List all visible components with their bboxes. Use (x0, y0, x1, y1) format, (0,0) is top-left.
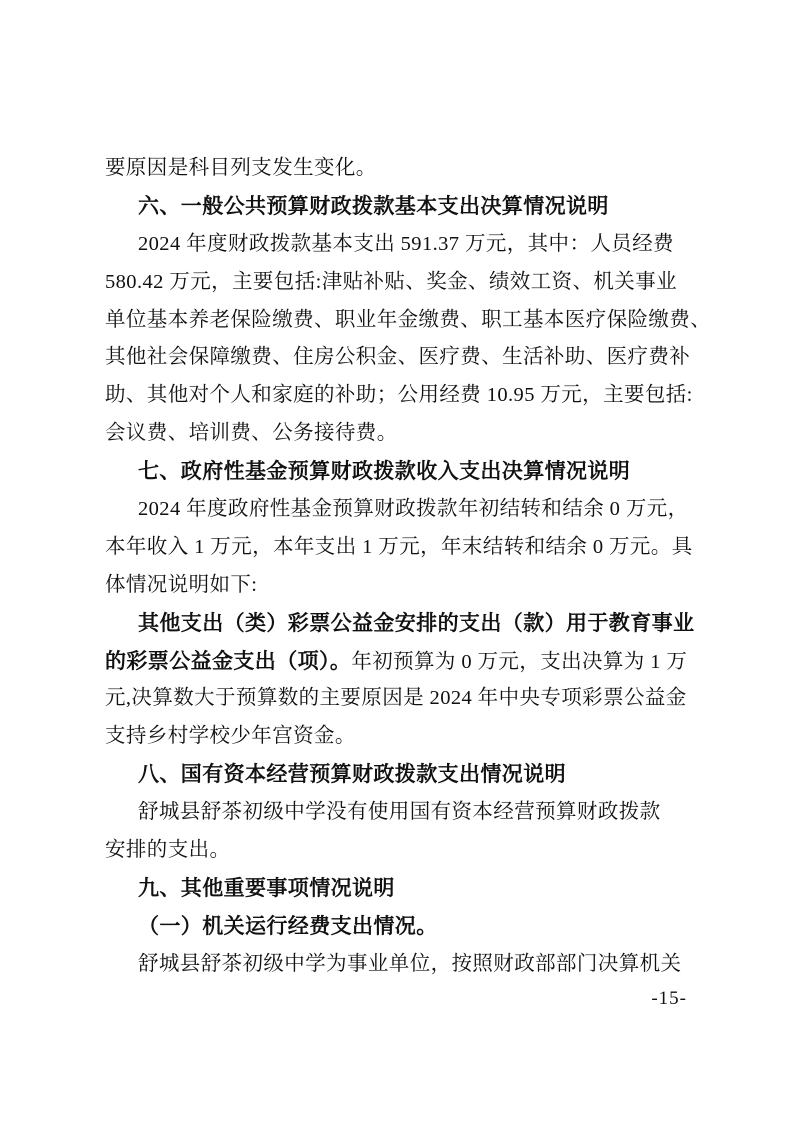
body-text: 年初预算为 0 万元，支出决算为 1 万 (351, 651, 687, 673)
heading-text: 八、国有资本经营预算财政拨款支出情况说明 (138, 763, 566, 786)
body-text: 元,决算数大于预算数的主要原因是 2024 年中央专项彩票公益金 (105, 687, 687, 709)
text-line: 体情况说明如下: (105, 567, 711, 605)
page-number: -15- (651, 988, 687, 1010)
text-line: 安排的支出。 (105, 832, 711, 870)
heading-text: 七、政府性基金预算财政拨款收入支出决算情况说明 (138, 460, 630, 483)
text-line: 2024 年度财政拨款基本支出 591.37 万元，其中：人员经费 (105, 226, 711, 264)
text-line: 舒城县舒茶初级中学没有使用国有资本经营预算财政拨款 (105, 794, 711, 832)
text-line: 的彩票公益金支出（项）。年初预算为 0 万元，支出决算为 1 万 (105, 643, 711, 681)
text-line: 助、其他对个人和家庭的补助；公用经费 10.95 万元，主要包括: (105, 377, 711, 415)
body-text: 安排的支出。 (105, 839, 230, 861)
text-line: 其他支出（类）彩票公益金安排的支出（款）用于教育事业 (105, 605, 711, 643)
text-line: 支持乡村学校少年宫资金。 (105, 718, 711, 756)
heading-text: 的彩票公益金支出（项）。 (105, 650, 351, 673)
body-text: 会议费、培训费、公务接待费。 (105, 422, 398, 444)
text-line: 舒城县舒茶初级中学为事业单位，按照财政部部门决算机关 (105, 946, 711, 984)
body-text: 舒城县舒茶初级中学为事业单位，按照财政部部门决算机关 (138, 953, 681, 975)
text-line: 本年收入 1 万元，本年支出 1 万元，年末结转和结余 0 万元。具 (105, 529, 711, 567)
body-text: 要原因是科目列支发生变化。 (105, 157, 377, 179)
body-text: 助、其他对个人和家庭的补助；公用经费 10.95 万元，主要包括: (105, 384, 693, 406)
text-line: 要原因是科目列支发生变化。 (105, 150, 711, 188)
text-line: 九、其他重要事项情况说明 (105, 870, 711, 908)
text-line: 会议费、培训费、公务接待费。 (105, 415, 711, 453)
document-body: 要原因是科目列支发生变化。六、一般公共预算财政拨款基本支出决算情况说明2024 … (105, 150, 711, 984)
text-line: 七、政府性基金预算财政拨款收入支出决算情况说明 (105, 453, 711, 491)
body-text: 体情况说明如下: (105, 574, 257, 596)
body-text: 本年收入 1 万元，本年支出 1 万元，年末结转和结余 0 万元。具 (105, 536, 693, 558)
body-text: 单位基本养老保险缴费、职业年金缴费、职工基本医疗保险缴费、 (105, 309, 711, 331)
body-text: 舒城县舒茶初级中学没有使用国有资本经营预算财政拨款 (138, 801, 661, 823)
heading-text: 六、一般公共预算财政拨款基本支出决算情况说明 (138, 195, 609, 218)
body-text: 580.42 万元，主要包括:津贴补贴、奖金、绩效工资、机关事业 (105, 271, 677, 293)
text-line: 六、一般公共预算财政拨款基本支出决算情况说明 (105, 188, 711, 226)
body-text: 其他社会保障缴费、住房公积金、医疗费、生活补助、医疗费补 (105, 346, 690, 368)
text-line: 元,决算数大于预算数的主要原因是 2024 年中央专项彩票公益金 (105, 680, 711, 718)
text-line: （一）机关运行经费支出情况。 (105, 908, 711, 946)
body-text: 支持乡村学校少年宫资金。 (105, 725, 356, 747)
heading-text: 其他支出（类）彩票公益金安排的支出（款）用于教育事业 (138, 612, 694, 635)
heading-text: 九、其他重要事项情况说明 (138, 877, 395, 900)
text-line: 八、国有资本经营预算财政拨款支出情况说明 (105, 756, 711, 794)
text-line: 2024 年度政府性基金预算财政拨款年初结转和结余 0 万元， (105, 491, 711, 529)
heading-text: （一）机关运行经费支出情况。 (138, 915, 438, 938)
text-line: 580.42 万元，主要包括:津贴补贴、奖金、绩效工资、机关事业 (105, 264, 711, 302)
text-line: 单位基本养老保险缴费、职业年金缴费、职工基本医疗保险缴费、 (105, 302, 711, 340)
document-page: 要原因是科目列支发生变化。六、一般公共预算财政拨款基本支出决算情况说明2024 … (0, 0, 793, 1122)
body-text: 2024 年度财政拨款基本支出 591.37 万元，其中：人员经费 (138, 233, 674, 255)
body-text: 2024 年度政府性基金预算财政拨款年初结转和结余 0 万元， (138, 498, 689, 520)
text-line: 其他社会保障缴费、住房公积金、医疗费、生活补助、医疗费补 (105, 339, 711, 377)
